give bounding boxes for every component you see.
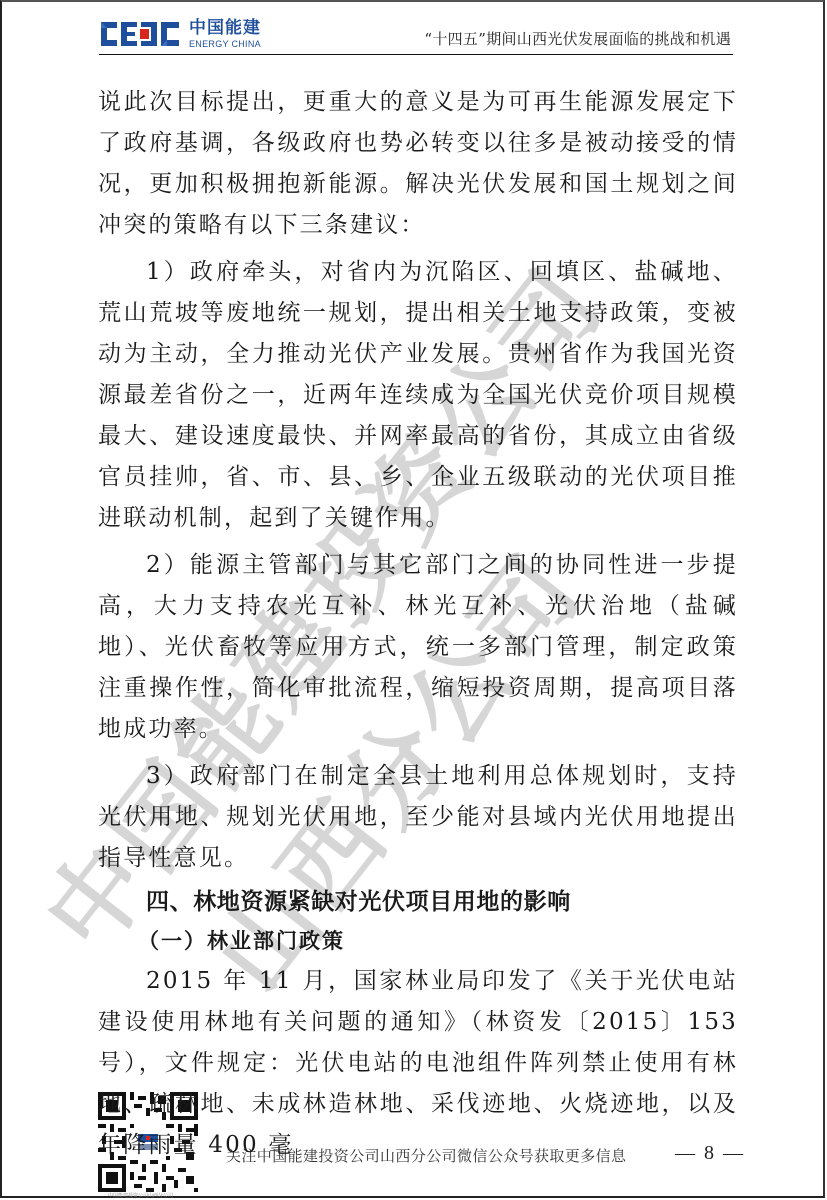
paragraph-suggestion-1: 1）政府牵头，对省内为沉陷区、回填区、盐碱地、荒山荒坡等废地统一规划，提出相关土… xyxy=(98,252,738,539)
page-header: 中国能建 ENERGY CHINA “十四五”期间山西光伏发展面临的挑战和机遇 xyxy=(99,16,733,55)
document-page: 中国能建 ENERGY CHINA “十四五”期间山西光伏发展面临的挑战和机遇 … xyxy=(0,0,825,1198)
paragraph-suggestion-3: 3）政府部门在制定全县土地利用总体规划时，支持光伏用地、规划光伏用地，至少能对县… xyxy=(98,756,738,879)
energy-china-logo: 中国能建 ENERGY CHINA xyxy=(99,18,261,50)
paragraph-forestry-policy: 2015 年 11 月，国家林业局印发了《关于光伏电站建设使用林地有关问题的通知… xyxy=(98,961,738,1166)
logo-name-cn: 中国能建 xyxy=(189,20,261,37)
paragraph-suggestion-2: 2）能源主管部门与其它部门之间的协同性进一步提高，大力支持农光互补、林光互补、光… xyxy=(98,545,738,750)
logo-name-en: ENERGY CHINA xyxy=(189,40,261,49)
ceec-logo-icon xyxy=(99,20,181,48)
qr-caption: 中国能建投资公司山西分公司 xyxy=(108,1192,173,1199)
document-title: “十四五”期间山西光伏发展面临的挑战和机遇 xyxy=(424,28,731,49)
subsection-heading: （一）林业部门政策 xyxy=(98,921,738,961)
document-body: 说此次目标提出，更重大的意义是为可再生能源发展定下了政府基调，各级政府也势必转变… xyxy=(98,82,738,1166)
paragraph-intro: 说此次目标提出，更重大的意义是为可再生能源发展定下了政府基调，各级政府也势必转变… xyxy=(98,82,738,246)
section-heading: 四、林地资源紧缺对光伏项目用地的影响 xyxy=(98,883,738,921)
